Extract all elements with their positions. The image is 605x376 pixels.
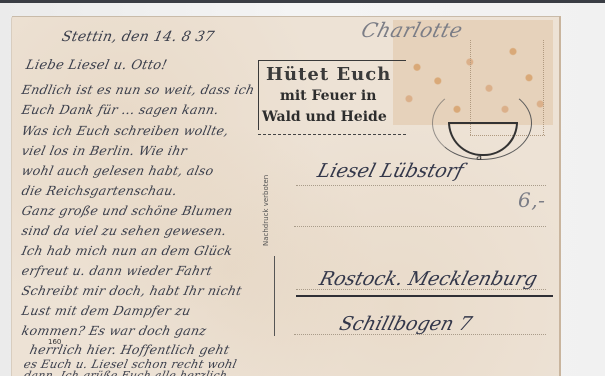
- slogan-line-2: mit Feuer in: [280, 88, 376, 104]
- slogan-line-3: Wald und Heide: [262, 109, 387, 125]
- slogan-frame-top: [258, 60, 406, 61]
- pencil-price: 6,-: [518, 188, 545, 212]
- recipient-city: Rostock. Mecklenburg: [317, 268, 540, 290]
- message-line: die Reichsgartenschau.: [20, 183, 178, 198]
- slogan-frame-bottom: [258, 134, 406, 135]
- message-line: Euch Dank für ... sagen kann.: [20, 102, 220, 117]
- postcard-right-edge: [559, 16, 561, 376]
- message-line: sind da viel zu sehen gewesen.: [20, 223, 228, 238]
- recipient-street: Schillbogen 7: [337, 313, 474, 335]
- message-date-line: Stettin, den 14. 8 37: [60, 29, 215, 45]
- message-line: Schreibt mir doch, habt Ihr nicht: [20, 283, 243, 298]
- message-line: erfreut u. dann wieder Fahrt: [20, 263, 213, 278]
- nachdruck-verboten-text: Nachdruck verboten: [262, 175, 270, 246]
- circular-cancel-postmark: a: [432, 86, 532, 164]
- postcard-top-edge: [12, 16, 560, 17]
- address-line-1: [296, 185, 546, 186]
- message-line: Lust mit dem Dampfer zu: [20, 303, 192, 318]
- message-line: Ich hab mich nun an dem Glück: [20, 243, 234, 258]
- pencil-note-name: Charlotte: [359, 18, 466, 42]
- slogan-postmark: Hütet Euch mit Feuer in Wald und Heide: [258, 60, 406, 142]
- message-line: Endlich ist es nun so weit, dass ich: [20, 82, 256, 97]
- message-line: wohl auch gelesen habt, also: [20, 163, 215, 178]
- slogan-line-1: Hütet Euch: [266, 64, 391, 85]
- message-line: viel los in Berlin. Wie ihr: [20, 143, 188, 158]
- top-border-strip: [0, 0, 605, 3]
- message-line: Was ich Euch schreiben wollte,: [20, 123, 230, 138]
- message-line: kommen? Es war doch ganz: [20, 323, 208, 338]
- slogan-frame-left: [258, 60, 259, 130]
- address-line-2: [294, 226, 546, 227]
- print-number: 160: [48, 338, 61, 346]
- city-underline: [296, 295, 553, 297]
- stamp-box-dotted-right: [543, 40, 544, 135]
- message-line: Ganz große und schöne Blumen: [20, 203, 234, 218]
- address-divider-line: [274, 256, 275, 336]
- postmark-letter: a: [476, 152, 482, 163]
- recipient-name: Liesel Lübstorf: [315, 160, 466, 182]
- message-salutation: Liebe Liesel u. Otto!: [24, 58, 168, 73]
